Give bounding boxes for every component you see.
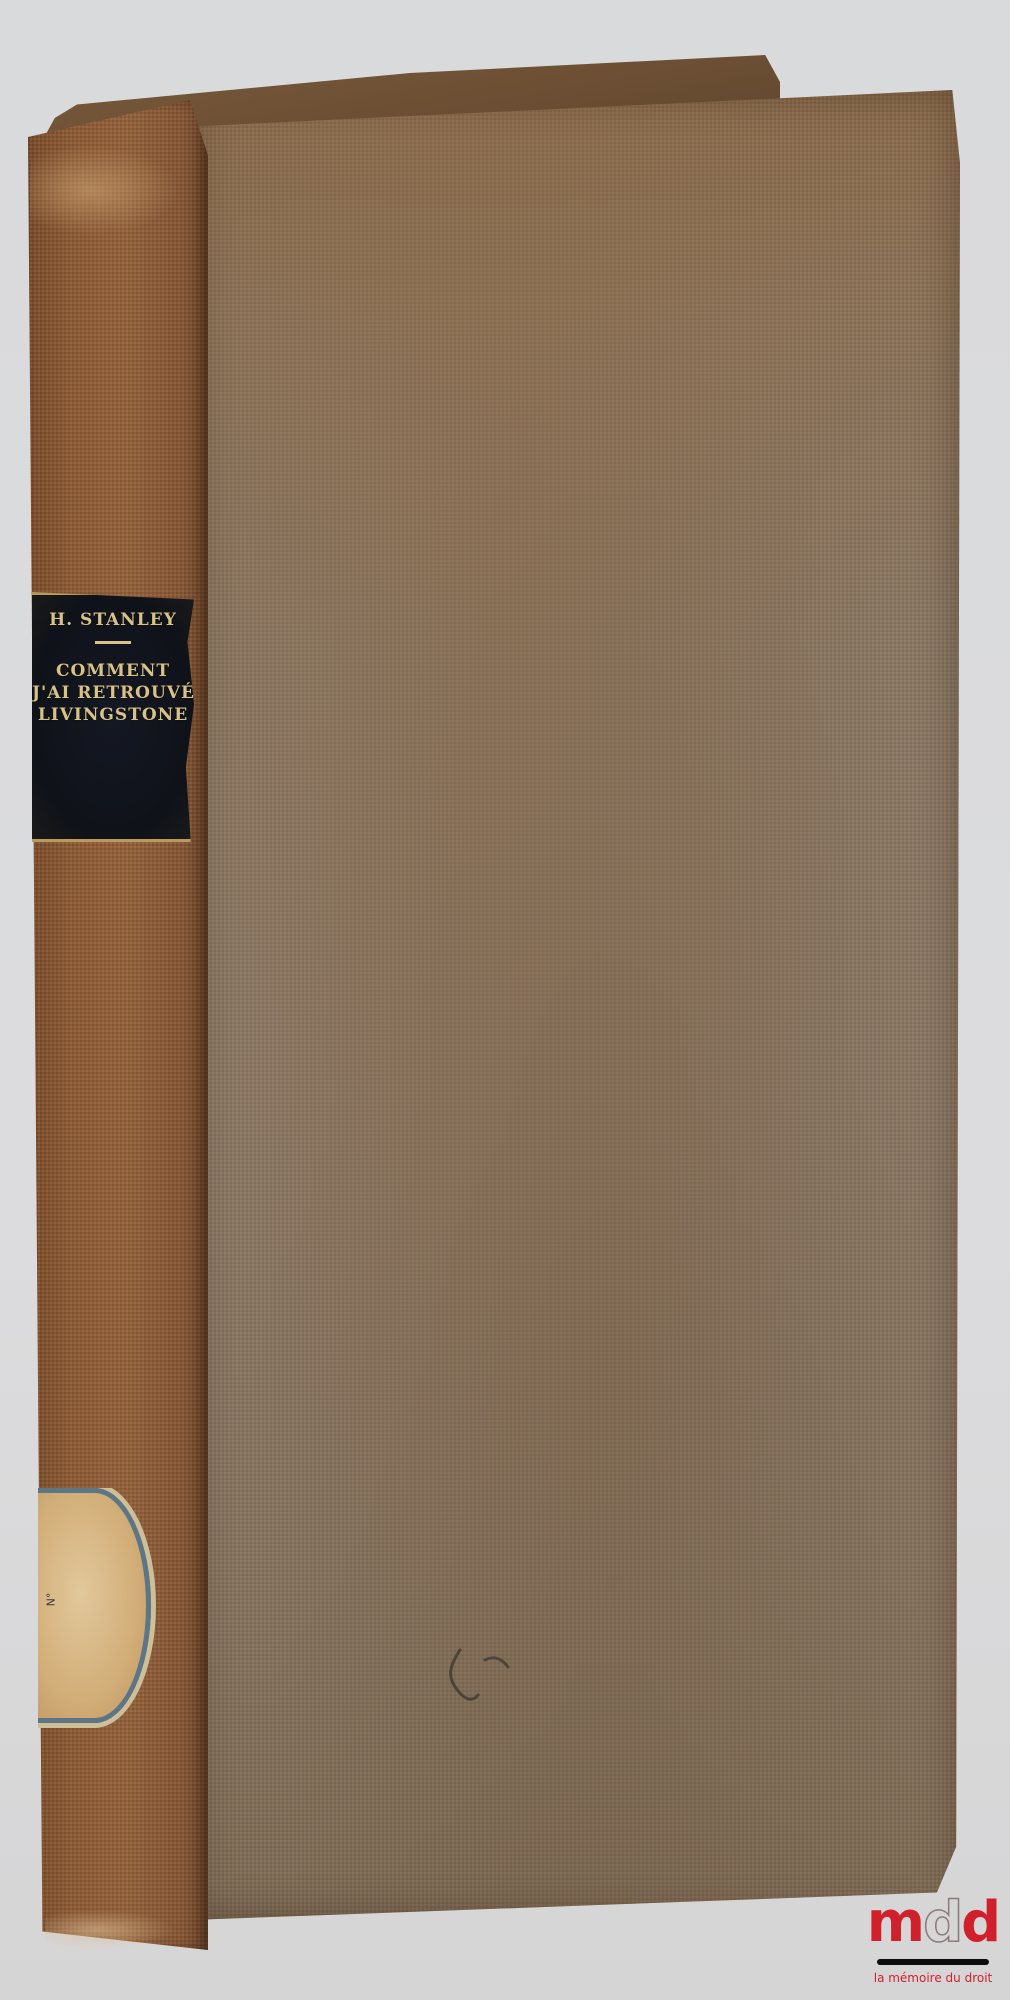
spine-wear-top — [30, 145, 180, 235]
photo-scene: H. STANLEY COMMENT J'AI RETROUVÉ LIVINGS… — [0, 0, 1010, 2000]
mdd-logo: mdd la mémoire du droit — [858, 1895, 1008, 2000]
library-sticker: N° — [38, 1488, 151, 1723]
logo-tagline: la mémoire du droit — [858, 1971, 1008, 1985]
spine-author: H. STANLEY — [32, 609, 194, 631]
logo-wordmark: mdd — [858, 1895, 1008, 1951]
pen-scribble-mark — [440, 1645, 540, 1715]
sticker-number: N° — [44, 1593, 57, 1607]
spine-title-label: H. STANLEY COMMENT J'AI RETROUVÉ LIVINGS… — [32, 592, 194, 842]
spine-label-rule — [95, 641, 131, 644]
spine-wear-bottom — [45, 1910, 175, 1950]
book-front-cover — [190, 90, 960, 1920]
logo-bar — [877, 1959, 989, 1965]
spine-title-line-2: J'AI RETROUVÉ — [32, 682, 194, 704]
spine-title-line-1: COMMENT — [32, 660, 194, 682]
book: H. STANLEY COMMENT J'AI RETROUVÉ LIVINGS… — [0, 0, 1010, 2000]
spine-title-line-3: LIVINGSTONE — [32, 704, 194, 726]
